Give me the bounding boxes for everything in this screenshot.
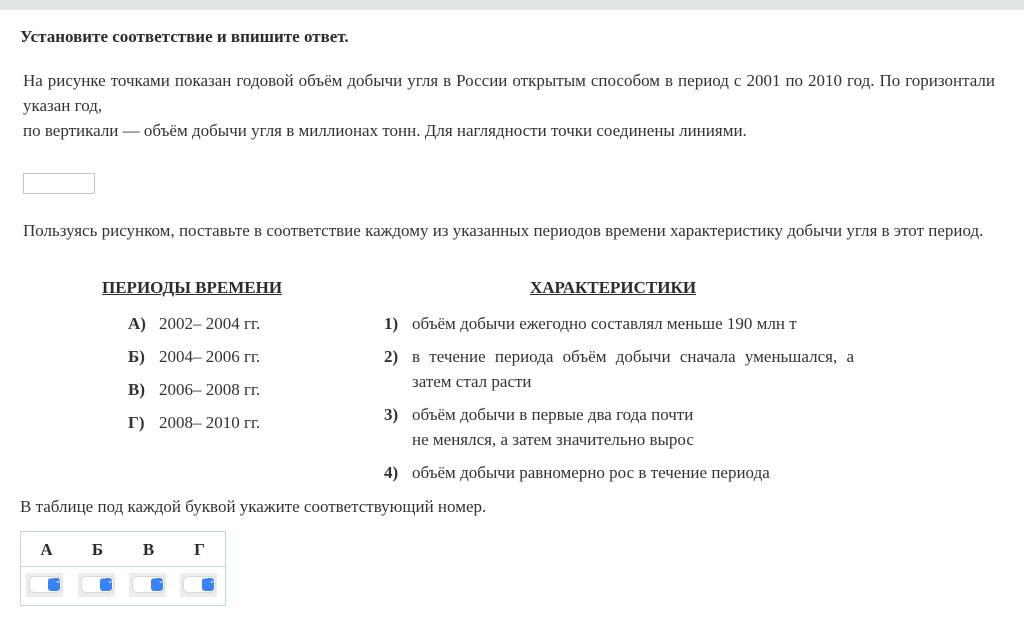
instruction-text: В таблице под каждой буквой укажите соот… [20,497,486,517]
period-text: 2006– 2008 гг. [159,380,260,399]
period-item: В)2006– 2008 гг. [128,380,260,400]
characteristic-label: 2) [384,344,398,369]
period-text: 2002– 2004 гг. [159,314,260,333]
answer-select-a[interactable]: ⌃⌄ [30,577,61,592]
top-bar [0,0,1024,10]
answer-letter: Г [174,540,225,560]
characteristic-label: 3) [384,402,398,427]
chevron-up-down-icon: ⌃⌄ [151,578,163,591]
characteristic-text-line-2: не менялся, а затем значительно вырос [412,427,864,452]
chevron-up-down-icon: ⌃⌄ [100,578,112,591]
characteristic-label: 4) [384,460,398,485]
answer-table: А Б В Г ⌃⌄ ⌃⌄ ⌃⌄ ⌃⌄ [20,531,226,606]
period-label: Б) [128,347,159,367]
period-text: 2008– 2010 гг. [159,413,260,432]
period-label: В) [128,380,159,400]
characteristic-item: 1) объём добычи ежегодно составлял меньш… [384,311,864,336]
periods-header: ПЕРИОДЫ ВРЕМЕНИ [102,278,282,298]
chevron-up-down-icon: ⌃⌄ [202,578,214,591]
intro-line-2: по вертикали — объём добычи угля в милли… [23,118,995,143]
characteristic-item: 4) объём добычи равномерно рос в течение… [384,460,864,485]
answer-select-v[interactable]: ⌃⌄ [133,577,164,592]
answer-cell-b: ⌃⌄ [78,573,115,597]
answer-letter: Б [72,540,123,560]
period-label: Г) [128,413,159,433]
period-item: А)2002– 2004 гг. [128,314,260,334]
characteristic-text: объём добычи равномерно рос в течение пе… [412,460,864,485]
answer-cell-a: ⌃⌄ [26,573,63,597]
answer-cell-g: ⌃⌄ [180,573,217,597]
intro-text: На рисунке точками показан годовой объём… [23,68,995,143]
answer-select-g[interactable]: ⌃⌄ [184,577,215,592]
period-label: А) [128,314,159,334]
task-title: Установите соответствие и впишите ответ. [20,27,349,47]
period-item: Б)2004– 2006 гг. [128,347,260,367]
characteristic-text-line-1: объём добычи в первые два года почти [412,402,864,427]
characteristic-item: 3) объём добычи в первые два года почти … [384,402,864,452]
characteristic-text: в течение периода объём добычи сначала у… [412,344,854,394]
period-text: 2004– 2006 гг. [159,347,260,366]
answer-letter: А [21,540,72,560]
period-item: Г)2008– 2010 гг. [128,413,260,433]
answer-cell-v: ⌃⌄ [129,573,166,597]
characteristic-text: объём добычи ежегодно составлял меньше 1… [412,311,864,336]
chart-image-placeholder [23,173,95,194]
characteristics-header: ХАРАКТЕРИСТИКИ [530,278,696,298]
characteristic-item: 2) в течение периода объём добычи сначал… [384,344,854,394]
chevron-up-down-icon: ⌃⌄ [48,578,60,591]
characteristic-label: 1) [384,311,398,336]
task-text: Пользуясь рисунком, поставьте в соответс… [23,218,995,243]
intro-line-1: На рисунке точками показан годовой объём… [23,68,995,118]
answer-letter: В [123,540,174,560]
answer-select-b[interactable]: ⌃⌄ [82,577,113,592]
